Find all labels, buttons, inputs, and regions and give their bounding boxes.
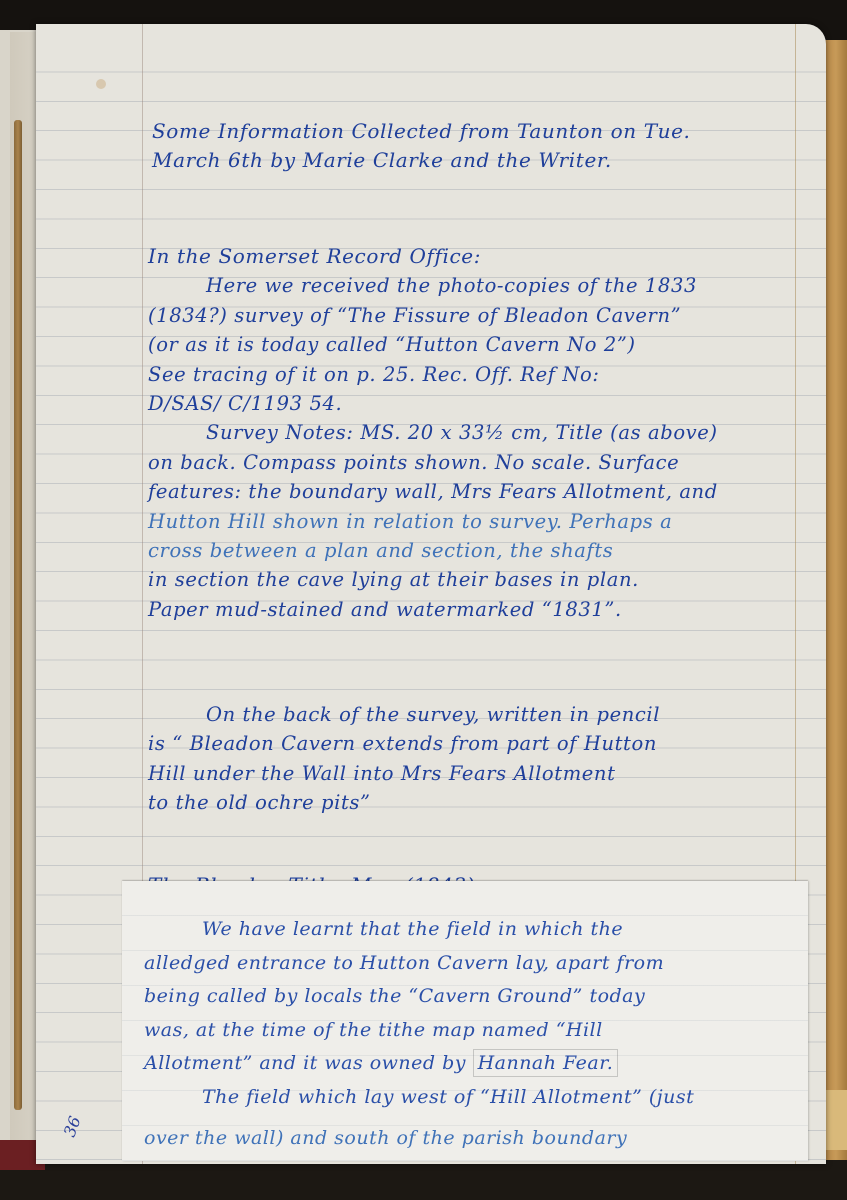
text-line: Allotment” and it was owned by Hannah Fe… — [144, 1047, 694, 1081]
text-line: alledged entrance to Hutton Cavern lay, … — [144, 947, 694, 981]
text-line: Survey Notes: MS. 20 x 33½ cm, Title (as… — [148, 418, 718, 447]
title-line: Some Information Collected from Taunton … — [152, 117, 691, 146]
notebook-page: Some Information Collected from Taunton … — [36, 24, 826, 1164]
page-number: 36 — [60, 1114, 85, 1140]
back-of-survey-section: On the back of the survey, written in pe… — [148, 700, 660, 818]
text-line: was, at the time of the tithe map named … — [144, 1014, 694, 1048]
reference-number: D/SAS/ C/1193 54. — [148, 389, 718, 418]
slip-text: We have learnt that the field in which t… — [144, 913, 694, 1156]
text-line: (1834?) survey of “The Fissure of Bleado… — [148, 301, 718, 330]
notebook-photo: Some Information Collected from Taunton … — [0, 0, 847, 1200]
record-office-section: In the Somerset Record Office: Here we r… — [148, 242, 718, 624]
text-line: cross between a plan and section, the sh… — [148, 536, 718, 565]
text-line: On the back of the survey, written in pe… — [148, 700, 660, 729]
title-line: March 6th by Marie Clarke and the Writer… — [152, 146, 691, 175]
owner-name: Hannah Fear. — [473, 1049, 619, 1077]
text-line: See tracing of it on p. 25. Rec. Off. Re… — [148, 360, 718, 389]
text-line: Here we received the photo-copies of the… — [148, 271, 718, 300]
text-line: features: the boundary wall, Mrs Fears A… — [148, 477, 718, 506]
text-line: Hutton Hill shown in relation to survey.… — [148, 507, 718, 536]
text-line: The field which lay west of “Hill Allotm… — [144, 1081, 694, 1115]
text-line: We have learnt that the field in which t… — [144, 913, 694, 947]
text-line: to the old ochre pits” — [148, 788, 660, 817]
pasted-note-slip: We have learnt that the field in which t… — [122, 881, 808, 1161]
text-line: is “ Bleadon Cavern extends from part of… — [148, 729, 660, 758]
text-line: Paper mud-stained and watermarked “1831”… — [148, 595, 718, 624]
section-heading: In the Somerset Record Office: — [148, 242, 718, 271]
text-line: being called by locals the “Cavern Groun… — [144, 980, 694, 1014]
paper-stain — [96, 79, 106, 89]
text-line: (or as it is today called “Hutton Cavern… — [148, 330, 718, 359]
page-title: Some Information Collected from Taunton … — [152, 117, 691, 176]
text-line: on back. Compass points shown. No scale.… — [148, 448, 718, 477]
binding-strip — [14, 120, 22, 1110]
text-line: in section the cave lying at their bases… — [148, 565, 718, 594]
text-fragment: Allotment” and it was owned by — [144, 1052, 466, 1074]
text-line: Hill under the Wall into Mrs Fears Allot… — [148, 759, 660, 788]
cover-board-right — [825, 40, 847, 1160]
text-line: over the wall) and south of the parish b… — [144, 1122, 694, 1156]
